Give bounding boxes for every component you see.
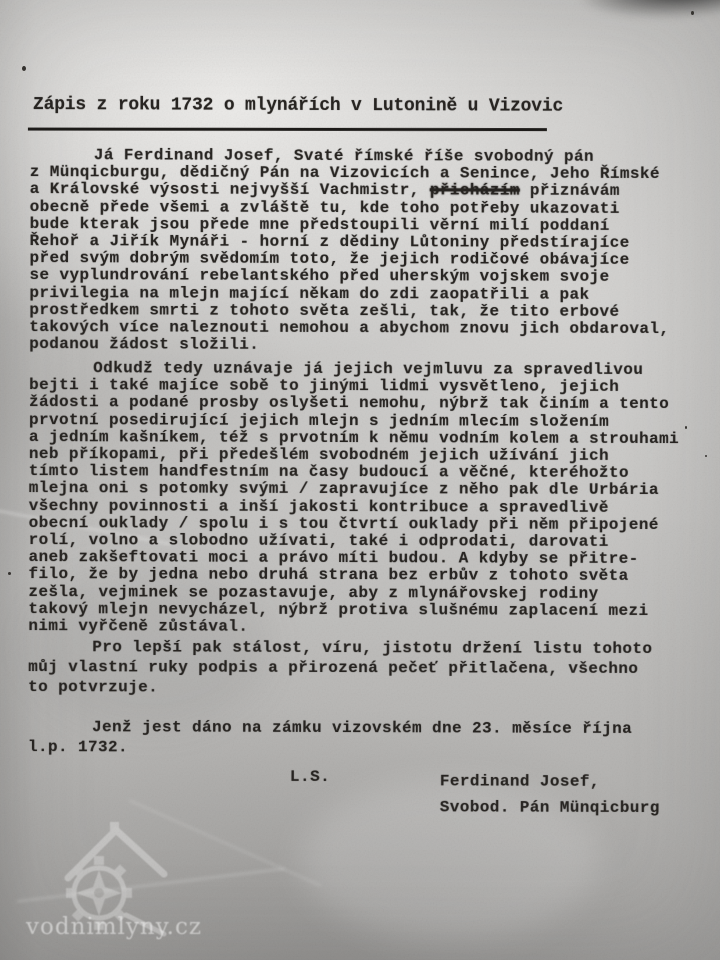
text-segment: přiznávám [520, 182, 620, 200]
text-line: nimi vyřčeně zůstával. [28, 618, 678, 637]
text-line: Pro lepší pak stálost, víru, jistotu drž… [28, 637, 652, 659]
paragraph-2: Odkudž tedy uznávaje já jejich vejmluvu … [28, 360, 679, 637]
document-title: Zápis z roku 1732 o mlynářích v Lutonině… [33, 95, 563, 117]
signature-title: Svobod. Pán Münqicburg [440, 794, 660, 821]
text-line: Jenž jest dáno na zámku vizovském dne 23… [28, 718, 632, 739]
text-segment: a Královské výsosti nejvyšší Vachmistr, [30, 180, 430, 199]
struck-out-word: přicházím [430, 182, 520, 200]
signature-name: Ferdinand Josef, [440, 768, 660, 795]
document: Zápis z roku 1732 o mlynářích v Lutonině… [0, 0, 720, 960]
locus-sigilli: L.S. [290, 768, 330, 786]
text-line: to potvrzuje. [28, 677, 652, 699]
paragraph-4: Jenž jest dáno na zámku vizovském dne 23… [28, 718, 632, 759]
title-underline [28, 128, 547, 132]
paragraph-3: Pro lepší pak stálost, víru, jistotu drž… [28, 637, 652, 699]
scanned-document-photo: Zápis z roku 1732 o mlynářích v Lutonině… [0, 0, 720, 960]
text-line: podanou žádost složili. [29, 336, 669, 355]
signature-block: Ferdinand Josef, Svobod. Pán Münqicburg [440, 768, 660, 821]
paragraph-1: Já Ferdinand Josef, Svaté římské říše sv… [29, 147, 670, 355]
text-line: můj vlastní ruky podpis a přirozená peče… [28, 657, 652, 679]
text-line: l.p. 1732. [28, 738, 632, 759]
